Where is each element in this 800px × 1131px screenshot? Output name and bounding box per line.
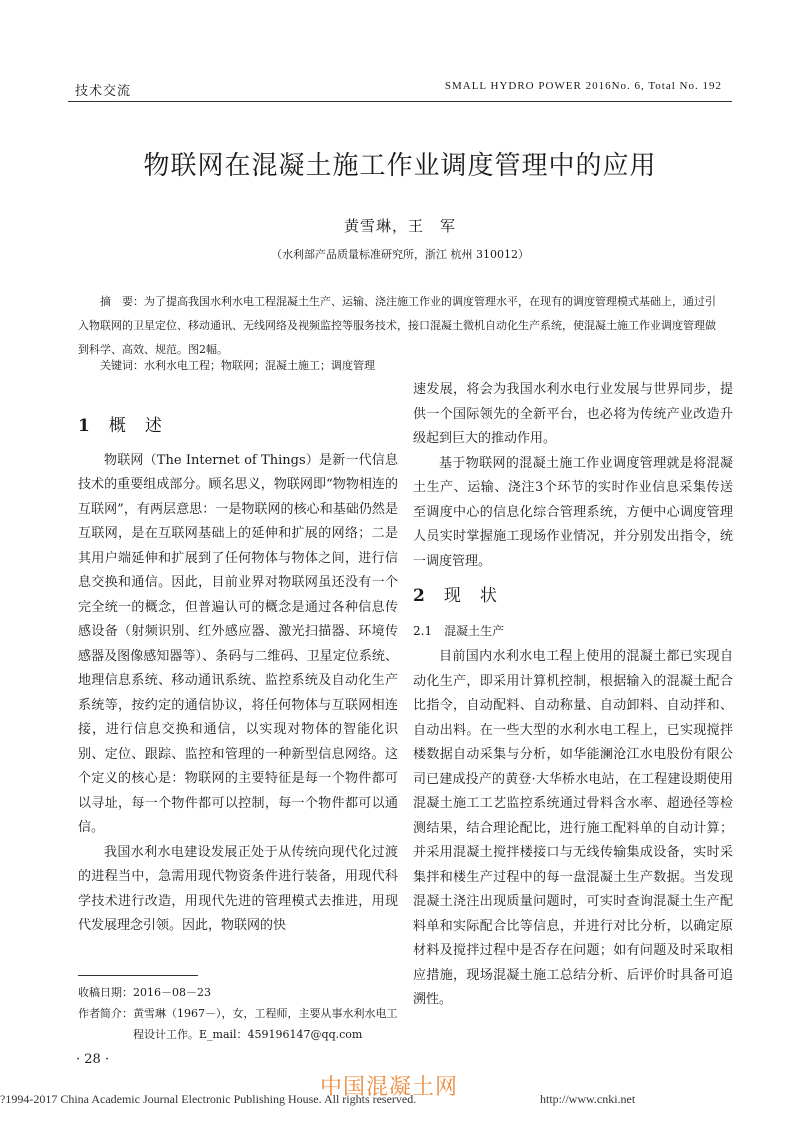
received-label: 收稿日期： xyxy=(78,982,133,1003)
right-column: 速发展，将会为我国水利水电行业发展与世界同步，提供一个国际领先的全新平台，也必将… xyxy=(413,378,733,1013)
header-journal: SMALL HYDRO POWER 2016No. 6, Total No. 1… xyxy=(445,80,722,92)
left-column: 1概 述 物联网（The Internet of Things）是新一代信息技术… xyxy=(78,408,398,939)
received-date: 2016－08－23 xyxy=(133,982,398,1003)
section-number: 2 xyxy=(413,586,426,606)
header-section: 技术交流 xyxy=(75,80,131,99)
footer-url[interactable]: http://www.cnki.net xyxy=(540,1092,635,1107)
paragraph: 基于物联网的混凝土施工作业调度管理就是将混凝土生产、运输、浇注3个环节的实时作业… xyxy=(413,452,733,575)
section-1-heading: 1概 述 xyxy=(78,414,398,439)
subsection-heading: 2.1 混凝土生产 xyxy=(413,619,733,644)
author-bio: 黄雪琳（1967－），女，工程师，主要从事水利水电工程设计工作。E_mail：4… xyxy=(133,1003,398,1045)
paper-title: 物联网在混凝土施工作业调度管理中的应用 xyxy=(0,145,800,182)
paragraph: 我国水利水电建设发展正处于从传统向现代化过渡的进程当中，急需用现代物资条件进行装… xyxy=(78,841,398,939)
paragraph: 目前国内水利水电工程上使用的混凝土都已实现自动化生产，即采用计算机控制，根据输入… xyxy=(413,645,733,1013)
section-2-heading: 2现 状 xyxy=(413,584,733,609)
footnote: 收稿日期： 2016－08－23 作者简介： 黄雪琳（1967－），女，工程师，… xyxy=(78,982,398,1045)
watermark: 中国混凝土网 xyxy=(320,1070,458,1101)
author-bio-label: 作者简介： xyxy=(78,1003,133,1045)
page-number: · 28 · xyxy=(76,1052,109,1067)
section-title: 现 状 xyxy=(444,586,498,606)
authors: 黄雪琳，王 军 xyxy=(0,215,800,236)
paragraph: 速发展，将会为我国水利水电行业发展与世界同步，提供一个国际领先的全新平台，也必将… xyxy=(413,378,733,452)
section-title: 概 述 xyxy=(109,416,163,436)
footnote-divider xyxy=(78,975,198,976)
header-divider xyxy=(68,101,732,102)
keywords: 关键词：水利水电工程；物联网；混凝土施工；调度管理 xyxy=(100,357,722,373)
paragraph: 物联网（The Internet of Things）是新一代信息技术的重要组成… xyxy=(78,449,398,841)
affiliation: （水利部产品质量标准研究所，浙江 杭州 310012） xyxy=(0,246,800,262)
abstract: 摘 要：为了提高我国水利水电工程混凝土生产、运输、浇注施工作业的调度管理水平，在… xyxy=(78,290,722,362)
section-number: 1 xyxy=(78,416,91,436)
